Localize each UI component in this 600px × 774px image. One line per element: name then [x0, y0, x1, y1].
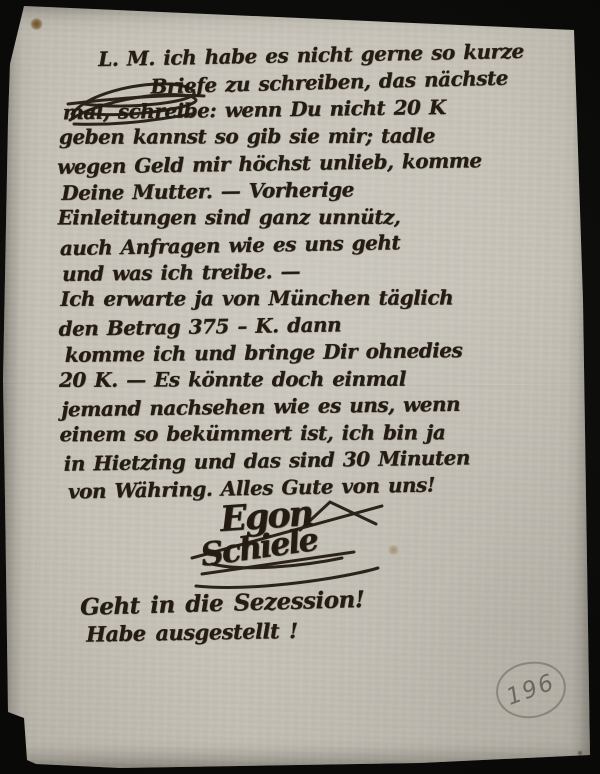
paper-speck: [577, 750, 583, 756]
scanned-letter-page: L. M. ich habe es nicht gerne so kurze B…: [0, 0, 600, 774]
ink-stain: [30, 18, 43, 30]
archive-number-circle: 196: [493, 658, 568, 721]
paper-sheet: L. M. ich habe es nicht gerne so kurze B…: [0, 0, 600, 774]
handwriting-line: und was ich treibe. —: [62, 255, 542, 288]
handwriting-line: Deine Mutter. — Vorherige: [61, 174, 541, 207]
signature: Egon Schiele: [184, 494, 398, 598]
handwriting-line: komme ich und bringe Dir ohnedies: [65, 336, 543, 369]
postscript: Geht in die Sezession! Habe ausgestellt …: [80, 588, 500, 643]
handwriting-line: 20 K. — Es könnte doch einmal: [59, 365, 543, 394]
crossed-out-ink-scribble: [66, 74, 206, 128]
postscript-line: Habe ausgestellt !: [86, 614, 500, 646]
archive-number: 196: [503, 669, 559, 711]
